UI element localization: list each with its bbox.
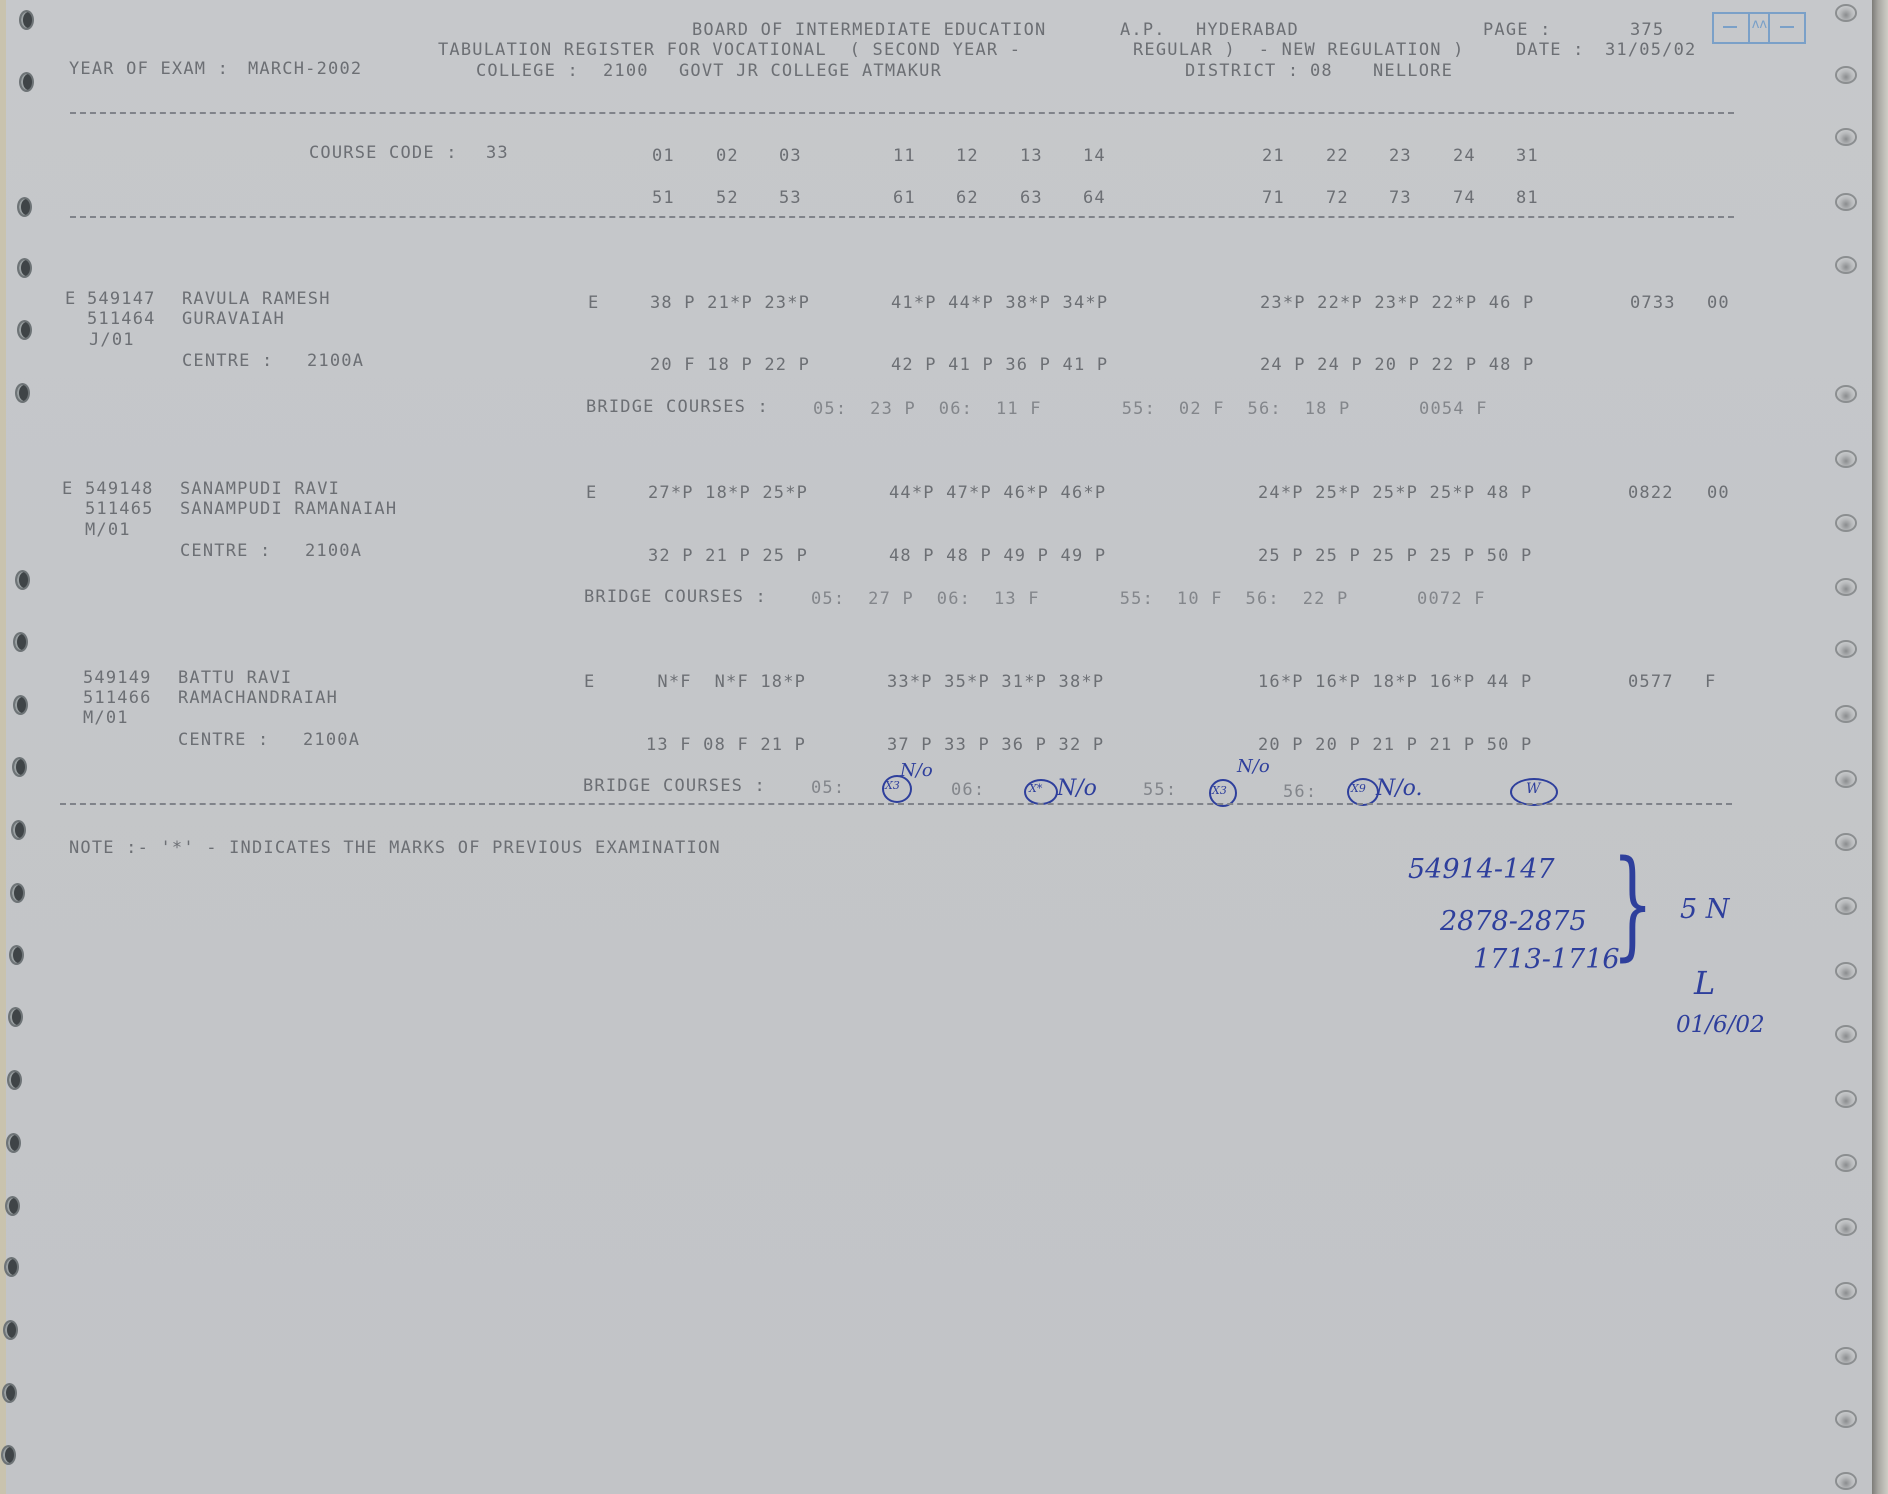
perforation-hole-icon [1835,193,1857,211]
perforation-hole-icon [4,1257,19,1277]
board-city: HYDERABAD [1196,20,1299,40]
perforation-hole-icon [17,197,32,217]
subject-code: 52 [716,188,739,208]
board-name: BOARD OF INTERMEDIATE EDUCATION [692,20,1046,40]
perforation-hole-icon [1835,1410,1857,1428]
subject-code: 74 [1453,188,1476,208]
second-year-marks-part3: 24 P 24 P 20 P 22 P 48 P [1260,355,1534,375]
handwritten-date: 01/6/02 [1676,1012,1765,1038]
perforation-hole-icon [9,945,24,965]
subject-code: 72 [1326,188,1349,208]
bridge-code: 05: [811,778,845,798]
centre-code: 2100A [303,730,360,750]
group-code: M/01 [85,520,131,540]
perforation-hole-icon [1835,962,1857,980]
subject-code: 14 [1083,146,1106,166]
registration-number: 511464 [87,309,156,329]
perforation-hole-icon [10,883,25,903]
second-year-marks-part1: 32 P 21 P 25 P [648,546,808,566]
perforation-hole-icon [1835,578,1857,596]
subject-code: 81 [1516,188,1539,208]
perforation-hole-icon [1835,514,1857,532]
perforation-hole-icon [1835,1154,1857,1172]
exam-year: MARCH-2002 [248,59,362,79]
student-name: BATTU RAVI [178,668,292,688]
circled-mark-text: W [1526,781,1540,797]
perforation-hole-icon [1835,450,1857,468]
result-code: 00 [1707,293,1730,313]
first-year-marks-part3: 23*P 22*P 23*P 22*P 46 P [1260,293,1534,313]
perforation-hole-icon [1835,385,1857,403]
perforation-hole-icon [1835,1218,1857,1236]
result-code: 00 [1707,483,1730,503]
perforation-hole-icon [12,757,27,777]
bridge-courses-label: BRIDGE COURSES : [583,776,766,796]
ink-stamp-box: ʌʌ [1712,12,1806,44]
second-year-marks-part2: 37 P 33 P 36 P 32 P [887,735,1104,755]
medium: E [588,293,599,313]
perforation-hole-icon [1835,705,1857,723]
bridge-courses-label: BRIDGE COURSES : [586,397,769,417]
subject-code: 61 [893,188,916,208]
perforation-hole-icon [19,72,34,92]
bridge-course-marks: 05: 27 P 06: 13 F 55: 10 F 56: 22 P 0072… [811,589,1486,609]
grand-total: 0733 [1630,293,1676,313]
subject-code: 73 [1389,188,1412,208]
handwritten-note: N/o. [1376,776,1423,801]
subject-code: 24 [1453,146,1476,166]
group-code: J/01 [89,330,135,350]
perforation-hole-icon [17,320,32,340]
centre-code: 2100A [305,541,362,561]
handwritten-range: 1713-1716 [1473,944,1620,975]
perforation-hole-icon [1835,640,1857,658]
tabulation-register-sheet: BOARD OF INTERMEDIATE EDUCATION A.P. HYD… [0,0,1872,1494]
handwritten-note: N/o [900,760,933,781]
district-name: NELLORE [1373,61,1453,81]
registration-number: 511466 [83,688,152,708]
second-year-marks-part3: 20 P 20 P 21 P 21 P 50 P [1258,735,1532,755]
perforation-hole-icon [1835,66,1857,84]
subject-code: 11 [893,146,916,166]
register-title: TABULATION REGISTER FOR VOCATIONAL ( SEC… [438,40,1021,60]
divider-line [60,803,1732,805]
father-name: GURAVAIAH [182,309,285,329]
register-type: REGULAR ) - NEW REGULATION ) [1133,40,1465,60]
result-code: F [1705,672,1716,692]
second-year-marks-part1: 13 F 08 F 21 P [646,735,806,755]
divider-line [70,216,1734,218]
second-year-marks-part2: 48 P 48 P 49 P 49 P [889,546,1106,566]
subject-code: 01 [652,146,675,166]
perforation-hole-icon [1,1445,16,1465]
hall-ticket-number: 549149 [83,668,152,688]
centre-label: CENTRE : [182,351,273,371]
circled-mark-text: X9 [1351,782,1366,795]
perforation-hole-icon [1835,833,1857,851]
subject-code: 02 [716,146,739,166]
first-year-marks-part1: 27*P 18*P 25*P [648,483,808,503]
handwritten-range: 2878-2875 [1440,906,1587,937]
centre-label: CENTRE : [178,730,269,750]
perforation-hole-icon [15,383,30,403]
handwritten-range: 54914-147 [1408,854,1555,885]
hall-ticket-number: 549148 [85,479,154,499]
medium: E [584,672,595,692]
handwritten-note: N/o [1057,776,1097,801]
first-year-marks-part2: 44*P 47*P 46*P 46*P [889,483,1106,503]
second-year-marks-part2: 42 P 41 P 36 P 41 P [891,355,1108,375]
father-name: RAMACHANDRAIAH [178,688,338,708]
curly-brace-icon: } [1612,844,1653,962]
student-prefix: E [62,479,73,499]
first-year-marks-part1: 38 P 21*P 23*P [650,293,810,313]
medium: E [586,483,597,503]
perforation-hole-icon [7,1070,22,1090]
first-year-marks-part2: 33*P 35*P 31*P 38*P [887,672,1104,692]
subject-code: 03 [779,146,802,166]
bridge-courses-label: BRIDGE COURSES : [584,587,767,607]
centre-code: 2100A [307,351,364,371]
bridge-code: 55: [1143,780,1177,800]
perforation-hole-icon [1835,1090,1857,1108]
subject-code: 21 [1262,146,1285,166]
paper-right-edge [1872,0,1888,1494]
subject-code: 71 [1262,188,1285,208]
perforation-hole-icon [13,632,28,652]
father-name: SANAMPUDI RAMANAIAH [180,499,397,519]
bridge-code: 56: [1283,782,1317,802]
registration-number: 511465 [85,499,154,519]
perforation-hole-icon [1835,1025,1857,1043]
perforation-hole-icon [1835,1472,1857,1490]
perforation-hole-icon [17,258,32,278]
second-year-marks-part3: 25 P 25 P 25 P 25 P 50 P [1258,546,1532,566]
group-code: M/01 [83,708,129,728]
handwritten-initials: L [1694,964,1715,1002]
subject-code: 64 [1083,188,1106,208]
perforation-hole-icon [15,570,30,590]
district-label: DISTRICT : [1185,61,1299,81]
subject-code: 62 [956,188,979,208]
stamp-symbol-icon: ʌʌ [1752,17,1767,32]
print-date: 31/05/02 [1605,40,1696,60]
perforation-hole-icon [1835,1347,1857,1365]
course-code-label: COURSE CODE : [309,143,458,163]
perforation-hole-icon [13,695,28,715]
circled-mark-text: X3 [885,779,900,792]
perforation-hole-icon [5,1196,20,1216]
page-number: 375 [1630,20,1664,40]
perforation-hole-icon [2,1383,17,1403]
perforation-hole-icon [3,1320,18,1340]
subject-code: 22 [1326,146,1349,166]
perforation-hole-icon [19,10,34,30]
year-label: YEAR OF EXAM : [69,59,229,79]
circled-mark-text: X3 [1212,784,1227,797]
bridge-course-marks: 05: 23 P 06: 11 F 55: 02 F 56: 18 P 0054… [813,399,1488,419]
date-label: DATE : [1516,40,1585,60]
perforation-hole-icon [1835,4,1857,22]
grand-total: 0822 [1628,483,1674,503]
perforation-hole-icon [1835,1282,1857,1300]
subject-code: 23 [1389,146,1412,166]
handwritten-brace-note: 5 N [1680,894,1729,925]
first-year-marks-part1: N*F N*F 18*P [646,672,806,692]
perforation-hole-icon [1835,128,1857,146]
district-code: 08 [1310,61,1333,81]
perforation-hole-icon [1835,897,1857,915]
grand-total: 0577 [1628,672,1674,692]
subject-code: 31 [1516,146,1539,166]
college-code: 2100 [603,61,649,81]
perforation-hole-icon [8,1007,23,1027]
perforation-hole-icon [6,1133,21,1153]
hall-ticket-number: 549147 [87,289,156,309]
perforation-hole-icon [11,820,26,840]
board-state: A.P. [1120,20,1166,40]
college-name: GOVT JR COLLEGE ATMAKUR [679,61,942,81]
perforation-hole-icon [1835,770,1857,788]
circled-mark-text: X* [1029,782,1042,795]
subject-code: 13 [1020,146,1043,166]
first-year-marks-part3: 16*P 16*P 18*P 16*P 44 P [1258,672,1532,692]
centre-label: CENTRE : [180,541,271,561]
page-label: PAGE : [1483,20,1552,40]
bridge-code: 06: [951,780,985,800]
subject-code: 63 [1020,188,1043,208]
footnote: NOTE :- '*' - INDICATES THE MARKS OF PRE… [69,838,721,858]
student-prefix: E [65,289,76,309]
subject-code: 51 [652,188,675,208]
student-name: SANAMPUDI RAVI [180,479,340,499]
course-code-value: 33 [486,143,509,163]
subject-code: 12 [956,146,979,166]
first-year-marks-part3: 24*P 25*P 25*P 25*P 48 P [1258,483,1532,503]
divider-line [70,112,1734,114]
subject-code: 53 [779,188,802,208]
student-name: RAVULA RAMESH [182,289,331,309]
second-year-marks-part1: 20 F 18 P 22 P [650,355,810,375]
handwritten-note: N/o [1237,756,1270,777]
first-year-marks-part2: 41*P 44*P 38*P 34*P [891,293,1108,313]
perforation-hole-icon [1835,256,1857,274]
college-label: COLLEGE : [476,61,579,81]
